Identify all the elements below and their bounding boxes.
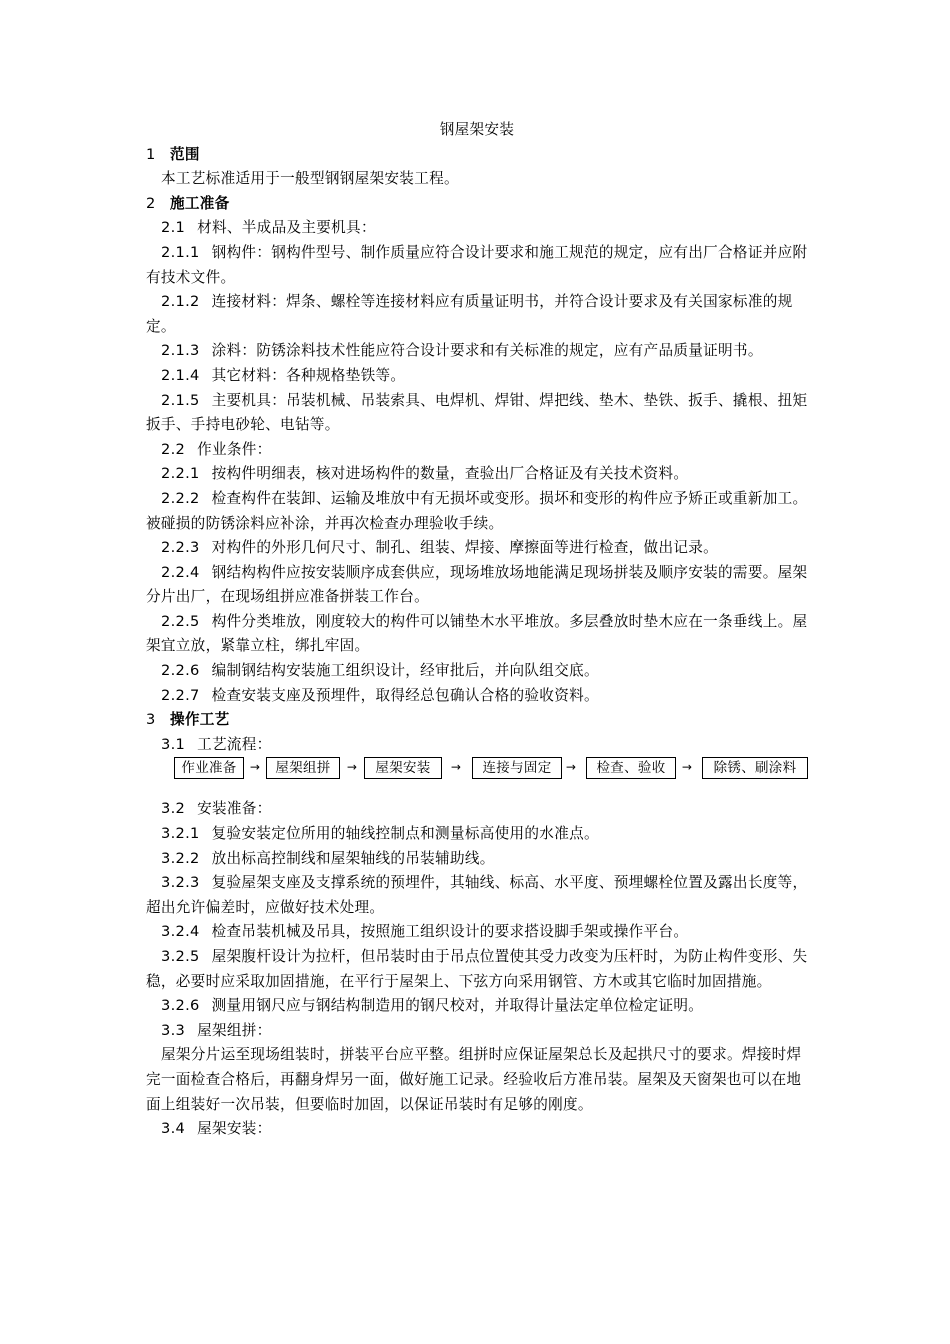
clause-text: 屋架安装： <box>197 1120 271 1137</box>
section-heading-3: 3操作工艺 <box>146 708 808 733</box>
clause-3-4: 3.4屋架安装： <box>146 1117 808 1142</box>
clause-text: 安装准备： <box>197 800 271 817</box>
flow-step-3: 屋架安装 <box>364 757 442 779</box>
clause-text: 检查构件在装卸、运输及堆放中有无损坏或变形。损坏和变形的构件应予矫正或重新加工。… <box>146 490 807 532</box>
clause-text: 复验屋架支座及支撑系统的预埋件，其轴线、标高、水平度、预埋螺栓位置及露出长度等，… <box>146 874 807 916</box>
clause-text: 编制钢结构安装施工组织设计，经审批后，并向队组交底。 <box>212 662 599 679</box>
clause-2-2-6: 2.2.6编制钢结构安装施工组织设计，经审批后，并向队组交底。 <box>146 659 808 684</box>
document-page: 钢屋架安装 1范围 本工艺标准适用于一般型钢钢屋架安装工程。 2施工准备 2.1… <box>146 118 808 1142</box>
section-title: 施工准备 <box>170 195 230 212</box>
flow-step-2: 屋架组拼 <box>266 757 340 779</box>
clause-number: 3.4 <box>161 1120 185 1137</box>
clause-number: 2.2.2 <box>161 490 200 507</box>
clause-number: 2.1.1 <box>161 244 200 261</box>
clause-number: 3.2 <box>161 800 185 817</box>
section-title: 范围 <box>170 146 200 163</box>
clause-number: 3.2.4 <box>161 923 200 940</box>
clause-text: 检查安装支座及预埋件，取得经总包确认合格的验收资料。 <box>212 687 599 704</box>
clause-number: 2.2.3 <box>161 539 200 556</box>
clause-text: 放出标高控制线和屋架轴线的吊装辅助线。 <box>212 850 495 867</box>
section-number: 3 <box>146 708 170 733</box>
clause-number: 2.1.2 <box>161 293 200 310</box>
arrow-icon: → <box>448 757 464 779</box>
clause-number: 2.2.7 <box>161 687 200 704</box>
clause-number: 2.2.1 <box>161 465 200 482</box>
clause-text: 复验安装定位所用的轴线控制点和测量标高使用的水准点。 <box>212 825 599 842</box>
clause-number: 2.1.5 <box>161 392 200 409</box>
clause-text: 屋架腹杆设计为拉杆，但吊装时由于吊点位置使其受力改变为压杆时，为防止构件变形、失… <box>146 948 807 990</box>
clause-2-1-1: 2.1.1钢构件：钢构件型号、制作质量应符合设计要求和施工规范的规定，应有出厂合… <box>146 241 808 290</box>
clause-2-1-2: 2.1.2连接材料：焊条、螺栓等连接材料应有质量证明书，并符合设计要求及有关国家… <box>146 290 808 339</box>
clause-text: 对构件的外形几何尺寸、制孔、组装、焊接、摩擦面等进行检查，做出记录。 <box>212 539 718 556</box>
flow-step-5: 检查、验收 <box>586 757 676 779</box>
clause-text: 工艺流程： <box>197 736 271 753</box>
clause-text: 钢构件：钢构件型号、制作质量应符合设计要求和施工规范的规定，应有出厂合格证并应附… <box>146 244 807 286</box>
clause-2-2-3: 2.2.3对构件的外形几何尺寸、制孔、组装、焊接、摩擦面等进行检查，做出记录。 <box>146 536 808 561</box>
clause-number: 3.2.1 <box>161 825 200 842</box>
clause-text: 材料、半成品及主要机具： <box>197 219 376 236</box>
document-title: 钢屋架安装 <box>146 118 808 143</box>
flow-step-1: 作业准备 <box>174 757 244 779</box>
clause-text: 钢结构构件应按安装顺序成套供应，现场堆放场地能满足现场拼装及顺序安装的需要。屋架… <box>146 564 807 606</box>
clause-number: 3.2.6 <box>161 997 200 1014</box>
clause-2-1-3: 2.1.3涂料：防锈涂料技术性能应符合设计要求和有关标准的规定，应有产品质量证明… <box>146 339 808 364</box>
clause-text: 屋架组拼： <box>197 1022 271 1039</box>
arrow-icon: → <box>563 757 579 779</box>
clause-3-3: 3.3屋架组拼： <box>146 1019 808 1044</box>
flow-step-6: 除锈、刷涂料 <box>702 757 808 779</box>
clause-text: 其它材料：各种规格垫铁等。 <box>212 367 406 384</box>
clause-text: 主要机具：吊装机械、吊装索具、电焊机、焊钳、焊把线、垫木、垫铁、扳手、撬根、扭矩… <box>146 392 807 434</box>
section-number: 1 <box>146 143 170 168</box>
clause-number: 2.2.5 <box>161 613 200 630</box>
clause-2-2: 2.2作业条件： <box>146 438 808 463</box>
clause-2-1-5: 2.1.5主要机具：吊装机械、吊装索具、电焊机、焊钳、焊把线、垫木、垫铁、扳手、… <box>146 389 808 438</box>
clause-number: 3.1 <box>161 736 185 753</box>
clause-3-2-2: 3.2.2放出标高控制线和屋架轴线的吊装辅助线。 <box>146 847 808 872</box>
clause-number: 3.2.2 <box>161 850 200 867</box>
clause-2-2-5: 2.2.5构件分类堆放，刚度较大的构件可以铺垫木水平堆放。多层叠放时垫木应在一条… <box>146 610 808 659</box>
clause-text: 涂料：防锈涂料技术性能应符合设计要求和有关标准的规定，应有产品质量证明书。 <box>212 342 763 359</box>
clause-3-2-1: 3.2.1复验安装定位所用的轴线控制点和测量标高使用的水准点。 <box>146 822 808 847</box>
paragraph-scope: 本工艺标准适用于一般型钢钢屋架安装工程。 <box>146 167 808 192</box>
clause-text: 按构件明细表，核对进场构件的数量，查验出厂合格证及有关技术资料。 <box>212 465 689 482</box>
arrow-icon: → <box>344 757 360 779</box>
arrow-icon: → <box>247 757 263 779</box>
clause-text: 连接材料：焊条、螺栓等连接材料应有质量证明书，并符合设计要求及有关国家标准的规定… <box>146 293 793 335</box>
clause-number: 3.3 <box>161 1022 185 1039</box>
clause-number: 2.1.3 <box>161 342 200 359</box>
clause-text: 测量用钢尺应与钢结构制造用的钢尺校对，并取得计量法定单位检定证明。 <box>212 997 704 1014</box>
paragraph-truss-assembly: 屋架分片运至现场组装时，拼装平台应平整。组拼时应保证屋架总长及起拱尺寸的要求。焊… <box>146 1043 808 1117</box>
clause-number: 2.1 <box>161 219 185 236</box>
flow-step-4: 连接与固定 <box>472 757 562 779</box>
section-number: 2 <box>146 192 170 217</box>
clause-number: 2.2.4 <box>161 564 200 581</box>
clause-text: 作业条件： <box>197 441 271 458</box>
section-heading-2: 2施工准备 <box>146 192 808 217</box>
clause-3-2-6: 3.2.6测量用钢尺应与钢结构制造用的钢尺校对，并取得计量法定单位检定证明。 <box>146 994 808 1019</box>
section-heading-1: 1范围 <box>146 143 808 168</box>
clause-3-2-4: 3.2.4检查吊装机械及吊具，按照施工组织设计的要求搭设脚手架或操作平台。 <box>146 920 808 945</box>
clause-2-2-1: 2.2.1按构件明细表，核对进场构件的数量，查验出厂合格证及有关技术资料。 <box>146 462 808 487</box>
clause-2-2-4: 2.2.4钢结构构件应按安装顺序成套供应，现场堆放场地能满足现场拼装及顺序安装的… <box>146 561 808 610</box>
process-flowchart: 作业准备 → 屋架组拼 → 屋架安装 → 连接与固定 → 检查、验收 → 除锈、… <box>146 751 808 785</box>
clause-text: 构件分类堆放，刚度较大的构件可以铺垫木水平堆放。多层叠放时垫木应在一条垂线上。屋… <box>146 613 807 655</box>
clause-number: 2.2.6 <box>161 662 200 679</box>
clause-3-2-5: 3.2.5屋架腹杆设计为拉杆，但吊装时由于吊点位置使其受力改变为压杆时，为防止构… <box>146 945 808 994</box>
clause-2-2-2: 2.2.2检查构件在装卸、运输及堆放中有无损坏或变形。损坏和变形的构件应予矫正或… <box>146 487 808 536</box>
clause-3-2-3: 3.2.3复验屋架支座及支撑系统的预埋件，其轴线、标高、水平度、预埋螺栓位置及露… <box>146 871 808 920</box>
clause-number: 2.1.4 <box>161 367 200 384</box>
section-title: 操作工艺 <box>170 711 230 728</box>
clause-number: 2.2 <box>161 441 185 458</box>
clause-number: 3.2.5 <box>161 948 200 965</box>
clause-text: 检查吊装机械及吊具，按照施工组织设计的要求搭设脚手架或操作平台。 <box>212 923 689 940</box>
clause-number: 3.2.3 <box>161 874 200 891</box>
arrow-icon: → <box>679 757 695 779</box>
clause-3-2: 3.2安装准备： <box>146 797 808 822</box>
clause-2-1: 2.1材料、半成品及主要机具： <box>146 216 808 241</box>
clause-2-2-7: 2.2.7检查安装支座及预埋件，取得经总包确认合格的验收资料。 <box>146 684 808 709</box>
clause-2-1-4: 2.1.4其它材料：各种规格垫铁等。 <box>146 364 808 389</box>
